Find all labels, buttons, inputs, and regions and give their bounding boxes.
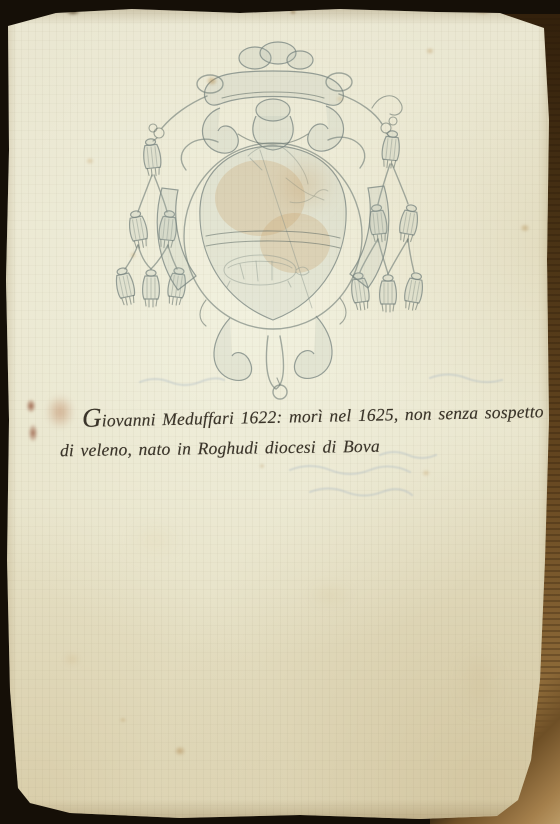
galero-hat — [197, 42, 352, 105]
inscription-line-2: di veleno, nato in Roghudi diocesi di Bo… — [60, 436, 380, 461]
photo-background: Giovanni Meduffari 1622: morì nel 1625, … — [0, 0, 560, 824]
coat-of-arms-drawing — [110, 38, 440, 403]
manuscript-page: Giovanni Meduffari 1622: morì nel 1625, … — [0, 0, 560, 824]
